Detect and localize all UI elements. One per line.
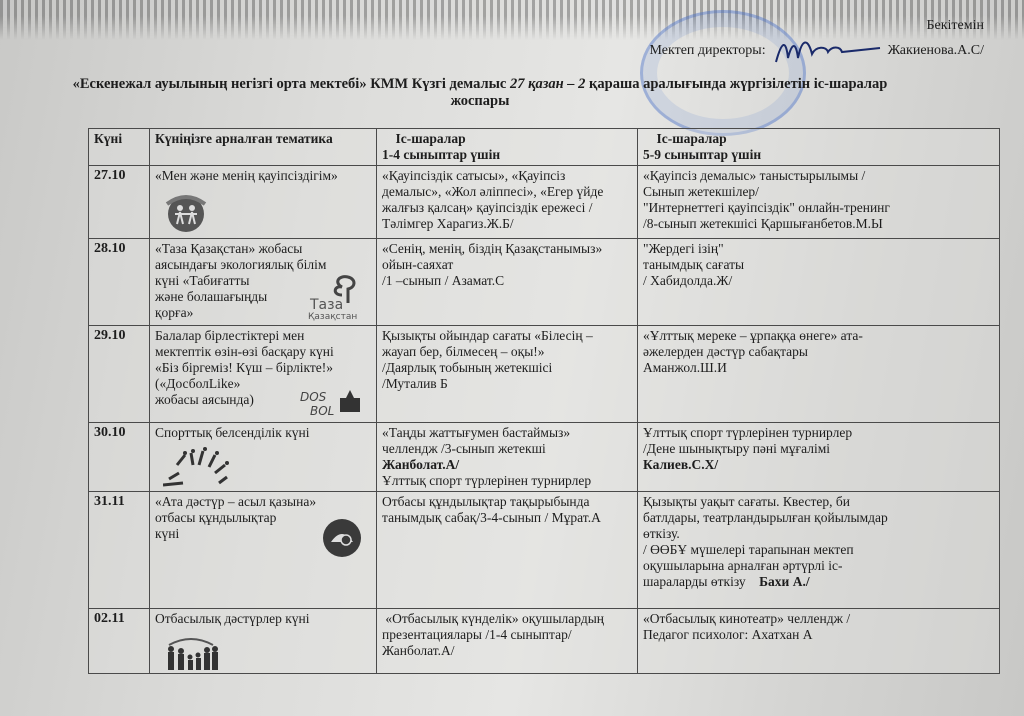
row-theme: Отбасылық дәстүрлер күні (150, 609, 377, 674)
table-row: 30.10 Спорттық белсенділік күні «Таңды ж… (89, 423, 1000, 492)
header-grades-1-4: Іс-шаралар1-4 сыныптар үшін (377, 129, 638, 166)
row-grades-5-9: "Жердегі ізің"танымдық сағаты/ Хабидолда… (638, 239, 1000, 326)
row-date: 29.10 (89, 326, 150, 423)
document-title: «Ескенежал ауылының негізгі орта мектебі… (30, 76, 930, 110)
row-grades-1-4: «Сенің, менің, біздің Қазақстанымыз»ойын… (377, 239, 638, 326)
row-grades-1-4: «Таңды жаттығумен бастаймыз»челлендж /3-… (377, 423, 638, 492)
header-theme: Күніңізге арналған тематика (150, 129, 377, 166)
header-grades-5-9: Іс-шаралар5-9 сыныптар үшін (638, 129, 1000, 166)
title-part: қараша аралығында жүргізілетін іс-шарала… (585, 76, 887, 92)
family-home-icon (163, 633, 219, 671)
title-part: «Ескенежал ауылының негізгі орта мектебі… (73, 76, 510, 92)
activity-plan-table: Күні Күніңізге арналған тематика Іс-шара… (88, 128, 1000, 674)
row-grades-1-4: «Қауіпсіздік сатысы», «Қауіпсіздемалыс»,… (377, 166, 638, 239)
row-theme: «Мен және менің қауіпсіздігім» (150, 166, 377, 239)
svg-text:Таза: Таза (309, 297, 343, 313)
director-position: Мектеп директоры: (650, 41, 766, 61)
table-header: Күні Күніңізге арналған тематика Іс-шара… (89, 129, 1000, 166)
row-grades-1-4: «Отбасылық күнделік» оқушылардыңпрезента… (377, 609, 638, 674)
row-grades-5-9: Ұлттық спорт түрлерінен турнирлер /Дене … (638, 423, 1000, 492)
row-theme: Спорттық белсенділік күні (150, 423, 377, 492)
table-row: 31.11 «Ата дәстүр – асыл қазына»отбасы қ… (89, 492, 1000, 609)
row-grades-5-9: «Отбасылық кинотеатр» челлендж /Педагог … (638, 609, 1000, 674)
child-safety-icon (163, 190, 209, 234)
sports-figures-icon (163, 447, 243, 487)
dosbol-like-logo-icon: DOS BOL (300, 388, 364, 418)
row-date: 30.10 (89, 423, 150, 492)
table-row: 28.10 «Таза Қазақстан» жобасыаясындағы э… (89, 239, 1000, 326)
table-row: 02.11 Отбасылық дәстүрлер күні «Отбасылы… (89, 609, 1000, 674)
signature-icon (772, 36, 882, 66)
row-grades-1-4: Отбасы құндылықтар тақырыбындатанымдық с… (377, 492, 638, 609)
table-row: 29.10 Балалар бірлестіктері менмектептік… (89, 326, 1000, 423)
row-theme: «Таза Қазақстан» жобасыаясындағы экологи… (150, 239, 377, 326)
row-theme: «Ата дәстүр – асыл қазына»отбасы құндылы… (150, 492, 377, 609)
approval-block: Бекітемін Мектеп директоры: Жакиенова.А.… (650, 16, 985, 66)
table-row: 27.10 «Мен және менің қауіпсіздігім» «Қа… (89, 166, 1000, 239)
approval-label: Бекітемін (650, 16, 985, 36)
svg-text:Қазақстан: Қазақстан (308, 312, 357, 321)
row-grades-5-9: «Қауіпсіз демалыс» таныстырылымы /Сынып … (638, 166, 1000, 239)
row-grades-5-9: Қызықты уақыт сағаты. Квестер, бибатлдар… (638, 492, 1000, 609)
svg-text:BOL: BOL (310, 404, 334, 418)
yurt-family-icon (322, 518, 362, 558)
title-dates: 27 қазан – 2 (510, 76, 585, 92)
taza-kazakhstan-logo-icon: Таза Қазақстан (308, 273, 364, 321)
row-date: 28.10 (89, 239, 150, 326)
row-date: 31.11 (89, 492, 150, 609)
row-date: 02.11 (89, 609, 150, 674)
row-date: 27.10 (89, 166, 150, 239)
svg-text:DOS: DOS (300, 390, 327, 404)
director-name: Жакиенова.А.С/ (888, 41, 984, 61)
row-grades-5-9: «Ұлттық мереке – ұрпаққа өнеге» ата-әжел… (638, 326, 1000, 423)
header-date: Күні (89, 129, 150, 166)
title-line2: жоспары (451, 93, 510, 109)
row-theme: Балалар бірлестіктері менмектептік өзін-… (150, 326, 377, 423)
row-grades-1-4: Қызықты ойындар сағаты «Білесің –жауап б… (377, 326, 638, 423)
